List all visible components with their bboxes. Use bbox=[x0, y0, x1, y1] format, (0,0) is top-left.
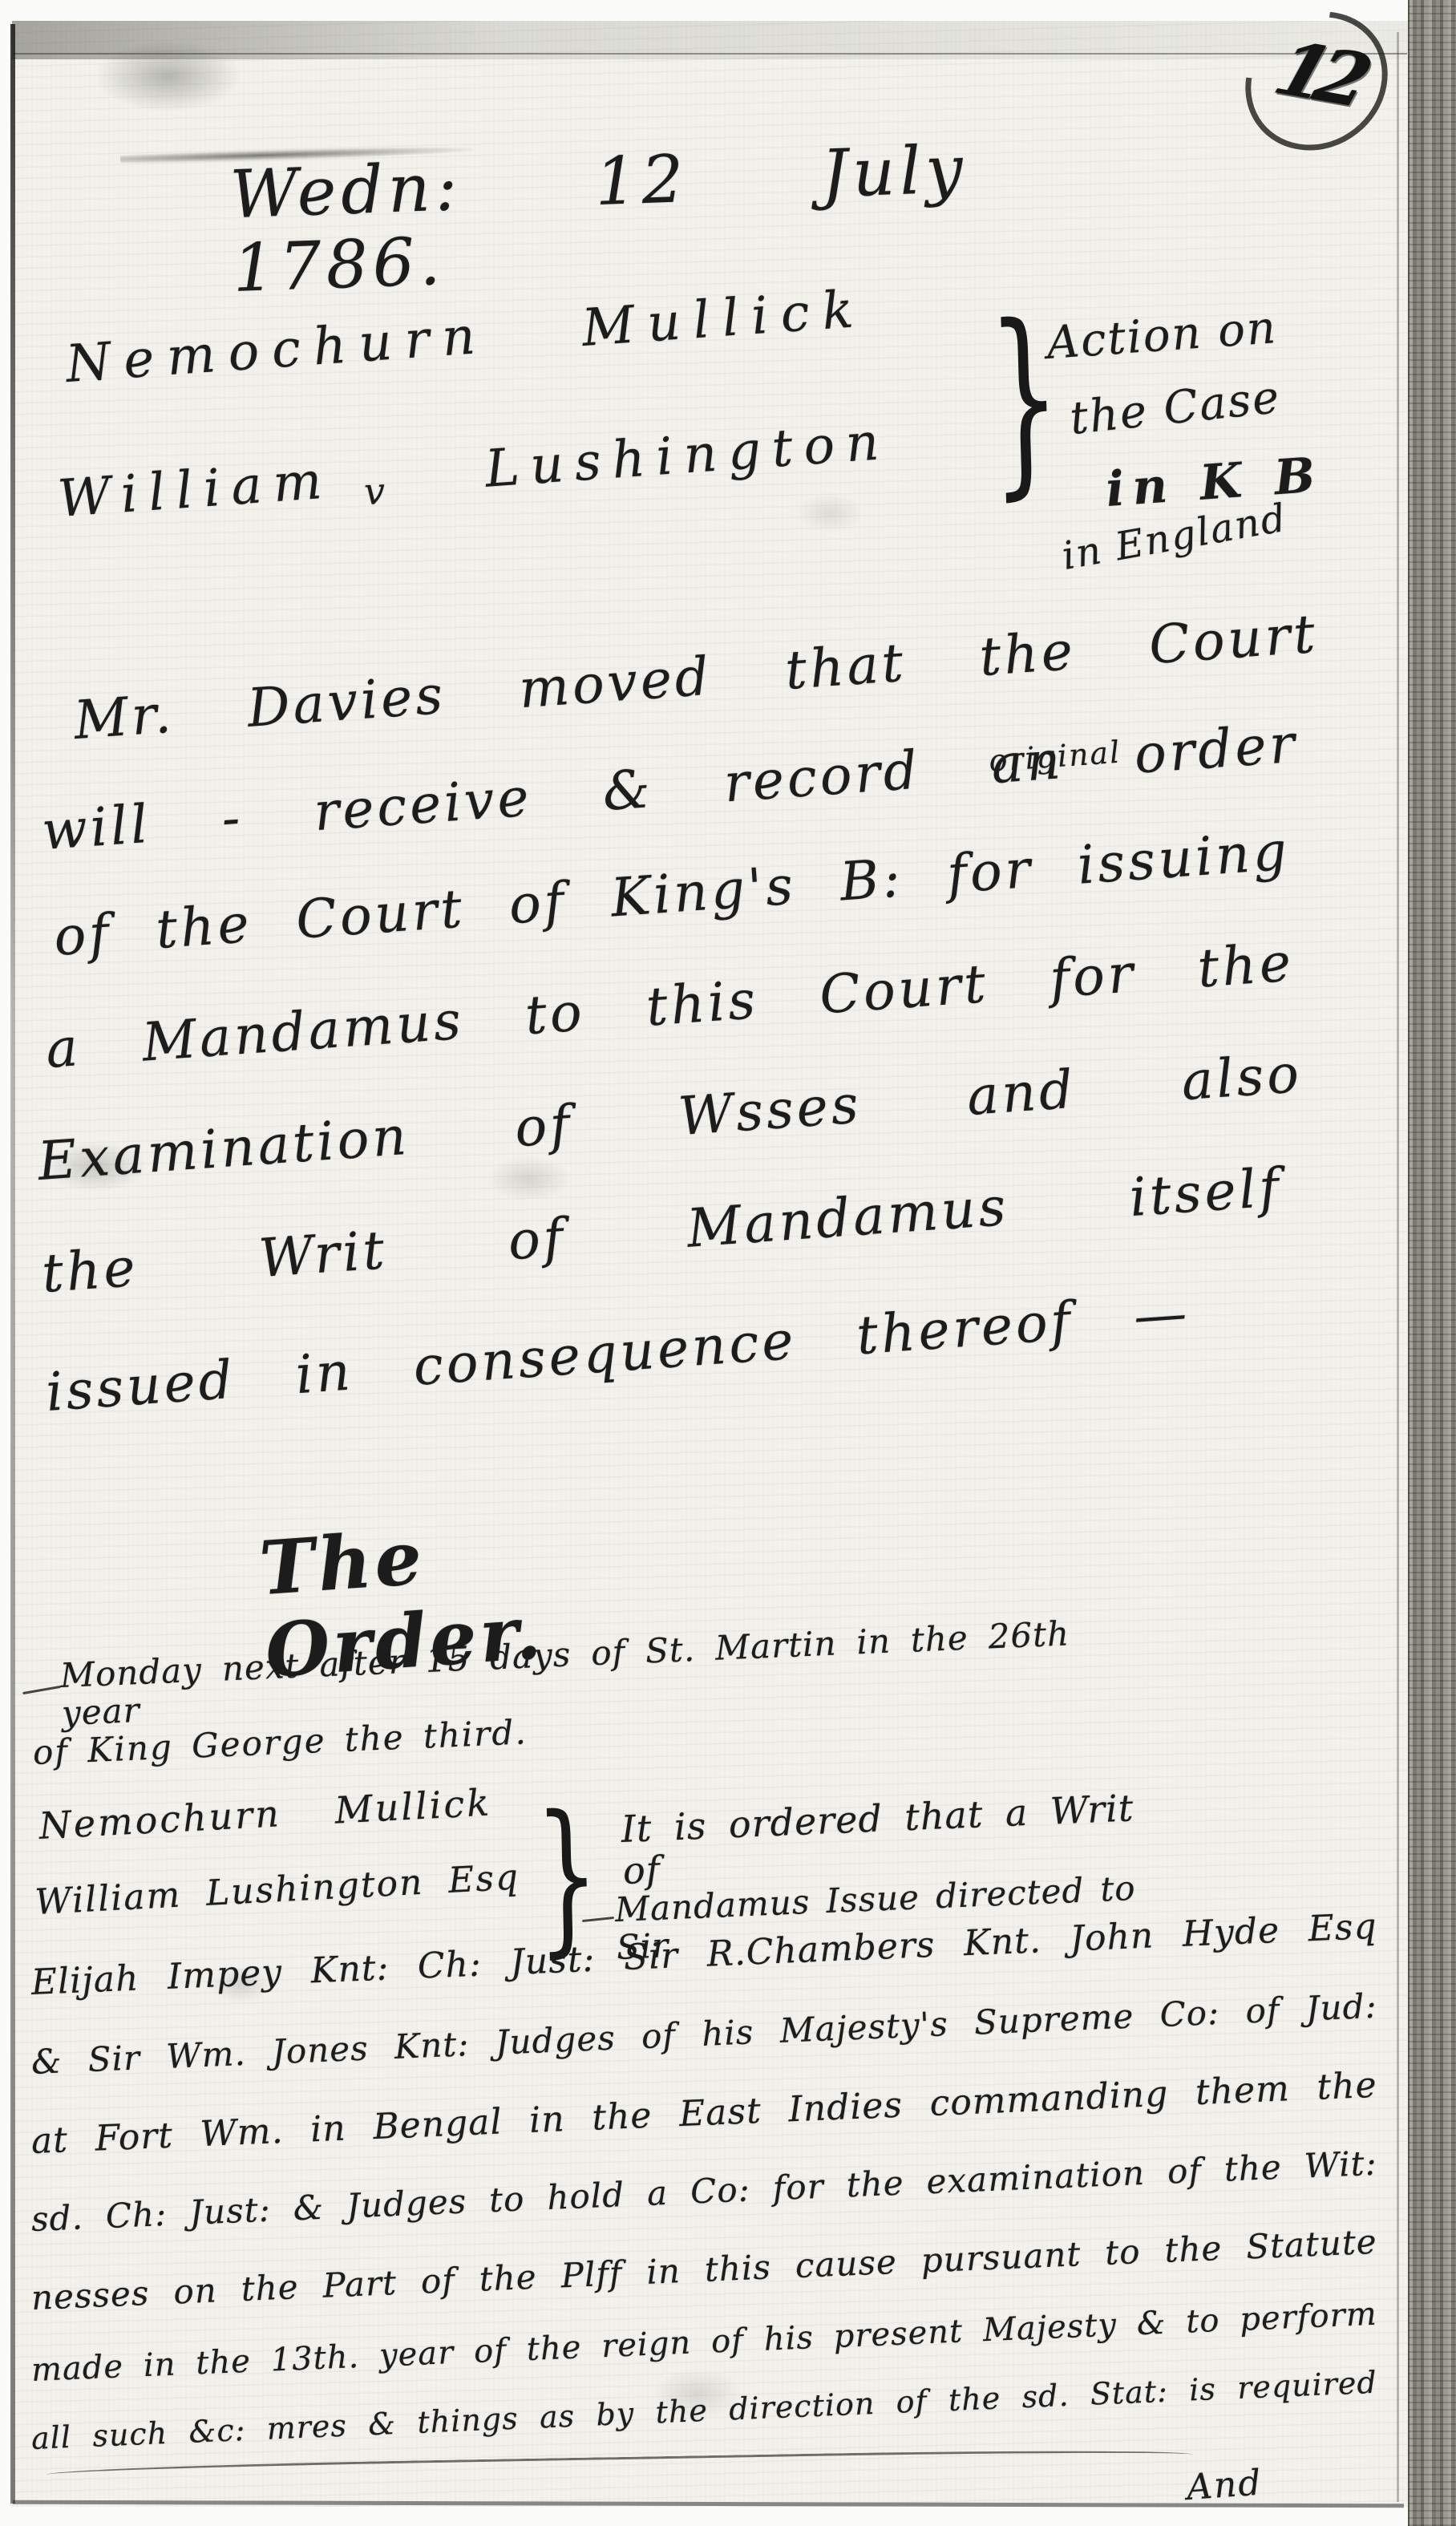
order-brace: } bbox=[534, 1791, 601, 1960]
catchword: And bbox=[1186, 2463, 1264, 2508]
scanned-manuscript-page: 12 Wedn: 12 July 1786. Nemochurn Mullick… bbox=[0, 0, 1456, 2526]
folio-mark: 12 bbox=[1236, 13, 1393, 144]
